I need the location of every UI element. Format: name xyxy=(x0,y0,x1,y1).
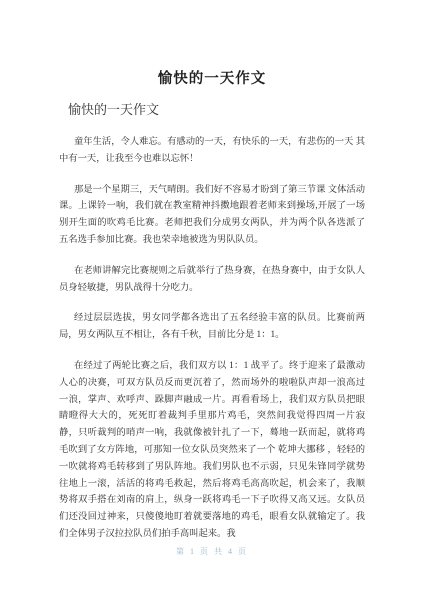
essay-paragraph: 在经过了两轮比赛之后，我们双方以 1：1 战平了。终于迎来了最激动人心的决赛，可… xyxy=(59,358,365,543)
essay-paragraph: 在老师讲解完比赛规则之后就举行了热身赛，在热身赛中，由于女队人员身轻敏捷，男队战… xyxy=(59,263,365,297)
document-title: 愉快的一天作文 xyxy=(0,67,424,88)
document-page: 愉快的一天作文 愉快的一天作文 童年生活，令人难忘。有感动的一天，有快乐的一天，… xyxy=(0,0,424,600)
page-number-indicator: 第 1 页 共 4 页 xyxy=(0,546,424,557)
document-subtitle: 愉快的一天作文 xyxy=(68,99,159,118)
essay-paragraph: 经过层层选拔，男女同学都各选出了五名经验丰富的队员。比赛前两局，男女两队互不相让… xyxy=(59,310,365,344)
essay-body: 童年生活，令人难忘。有感动的一天，有快乐的一天，有悲伤的一天 其中有一天，让我至… xyxy=(59,134,365,557)
essay-paragraph: 那是一个星期三，天气晴朗。我们好不容易才盼到了第三节课 文体活动课。上课铃一响，… xyxy=(59,182,365,249)
essay-paragraph: 童年生活，令人难忘。有感动的一天，有快乐的一天，有悲伤的一天 其中有一天，让我至… xyxy=(59,134,365,168)
